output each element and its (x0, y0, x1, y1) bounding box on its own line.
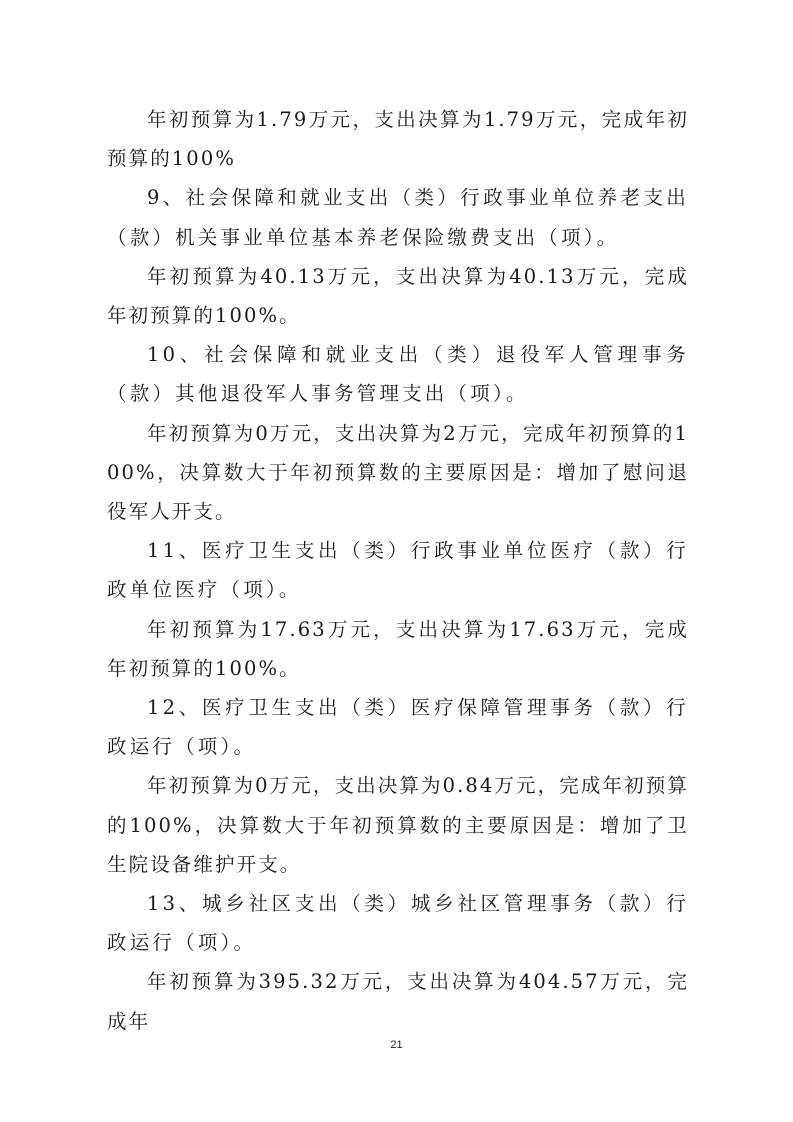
paragraph-item-12-result: 年初预算为0万元，支出决算为0.84万元，完成年初预算的100%，决算数大于年初… (107, 766, 689, 884)
paragraph-item-11-result: 年初预算为17.63万元，支出决算为17.63万元，完成年初预算的100%。 (107, 610, 689, 688)
paragraph-item-13-result: 年初预算为395.32万元，支出决算为404.57万元，完成年 (107, 962, 689, 1040)
paragraph-item-10-result: 年初预算为0万元，支出决算为2万元，完成年初预算的100%，决算数大于年初预算数… (107, 414, 689, 532)
document-page: 年初预算为1.79万元，支出决算为1.79万元，完成年初预算的100% 9、社会… (107, 100, 689, 1041)
paragraph-budget-item-8-result: 年初预算为1.79万元，支出决算为1.79万元，完成年初预算的100% (107, 100, 689, 178)
paragraph-item-13-title: 13、城乡社区支出（类）城乡社区管理事务（款）行政运行（项）。 (107, 884, 689, 962)
paragraph-item-11-title: 11、医疗卫生支出（类）行政事业单位医疗（款）行政单位医疗（项）。 (107, 531, 689, 609)
page-number: 21 (0, 1039, 793, 1051)
paragraph-item-9-title: 9、社会保障和就业支出（类）行政事业单位养老支出（款）机关事业单位基本养老保险缴… (107, 178, 689, 256)
paragraph-item-9-result: 年初预算为40.13万元，支出决算为40.13万元，完成年初预算的100%。 (107, 257, 689, 335)
paragraph-item-12-title: 12、医疗卫生支出（类）医疗保障管理事务（款）行政运行（项）。 (107, 688, 689, 766)
paragraph-item-10-title: 10、社会保障和就业支出（类）退役军人管理事务（款）其他退役军人事务管理支出（项… (107, 335, 689, 413)
